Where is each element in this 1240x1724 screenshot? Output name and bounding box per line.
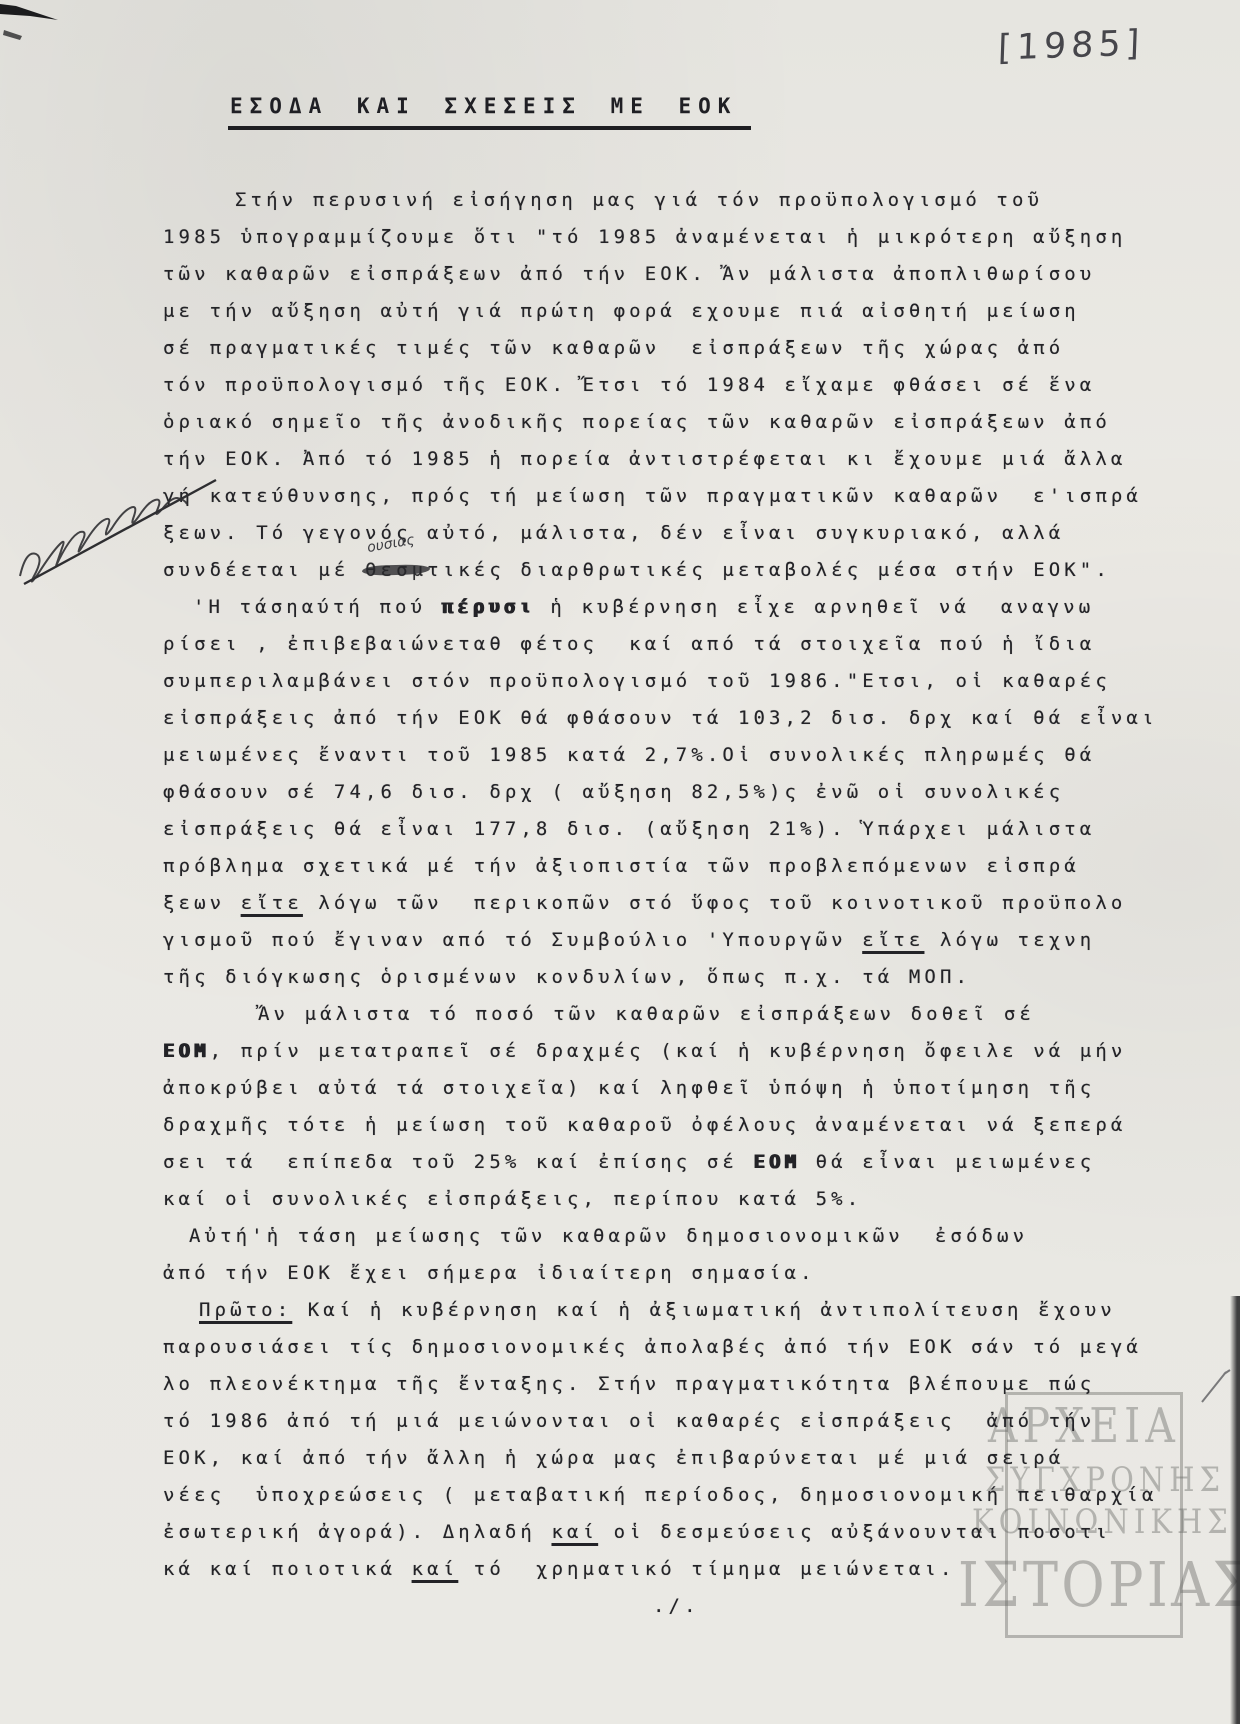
text-line: με τήν αὔξηση αὐτή γιά πρώτη φορά εχουμε… <box>163 293 1173 330</box>
text-line: φθάσουν σέ 74,6 δισ. δρχ ( αὔξηση 82,5%)… <box>163 774 1173 811</box>
text-segment-u: εἴτε <box>241 892 303 914</box>
text-segment: λο πλεονέκτημα τῆς ἔνταξης. Στήν πραγματ… <box>163 1373 1095 1395</box>
text-line: εἰσπράξεις θά εἶναι 177,8 δισ. (αὔξηση 2… <box>163 811 1173 848</box>
text-segment: Αὐτή'ἡ τάση μείωσης τῶν καθαρῶν δημοσιον… <box>189 1225 1028 1247</box>
text-line: ἀποκρύβει αὐτά τά στοιχεῖα) καί ληφθεῖ ὑ… <box>163 1070 1173 1107</box>
text-line: καί οἱ συνολικές εἰσπράξεις, περίπου κατ… <box>163 1181 1173 1218</box>
text-line: τήν ΕΟΚ. Ἀπό τό 1985 ἡ πορεία ἀντιστρέφε… <box>163 441 1173 478</box>
text-line: ξεων εἴτε λόγω τῶν περικοπῶν στό ὕφος το… <box>163 885 1173 922</box>
text-segment: ΕΟΚ, καί ἀπό τήν ἄλλη ἡ χώρα μας ἐπιβαρύ… <box>163 1447 1064 1469</box>
text-line: σει τά επίπεδα τοῦ 25% καί ἐπίσης σέ ΕΟΜ… <box>163 1144 1173 1181</box>
text-line: ὁριακό σημεῖο τῆς ἀνοδικῆς πορείας τῶν κ… <box>163 404 1173 441</box>
text-segment: ./. <box>653 1595 700 1617</box>
text-segment: ρίσει , ἐπιβεβαιώνεταθ φέτος καί από τά … <box>163 633 1095 655</box>
text-line: Πρῶτο: Καί ἡ κυβέρνηση καί ἡ ἀξιωματική … <box>163 1292 1173 1329</box>
text-line: ξεων. Τό γεγονός αὐτό, μάλιστα, δέν εἶνα… <box>163 515 1173 552</box>
text-segment: ἀπό τήν ΕΟΚ ἔχει σήμερα ἰδιαίτερη σημασί… <box>163 1262 816 1284</box>
text-line: ΕΟΚ, καί ἀπό τήν ἄλλη ἡ χώρα μας ἐπιβαρύ… <box>163 1440 1173 1477</box>
text-segment: λόγω τεχνη <box>924 929 1095 951</box>
text-segment: , πρίν μετατραπεῖ σέ δραχμές (καί ἡ κυβέ… <box>210 1040 1127 1062</box>
text-segment: γή κατεύθυνσης, πρός τή μείωση τῶν πραγμ… <box>163 485 1142 507</box>
text-line: Ἄν μάλιστα τό ποσό τῶν καθαρῶν εἰσπράξεω… <box>163 996 1173 1033</box>
text-line: λο πλεονέκτημα τῆς ἔνταξης. Στήν πραγματ… <box>163 1366 1173 1403</box>
text-segment: ἐσωτερική ἀγορά). Δηλαδή <box>163 1521 551 1543</box>
text-line: παρουσιάσει τίς δημοσιονομικές ἀπολαβές … <box>163 1329 1173 1366</box>
text-segment: τῆς διόγκωσης ὁρισμένων κονδυλίων, ὅπως … <box>163 966 971 988</box>
text-segment: σει τά επίπεδα τοῦ 25% καί ἐπίσης σέ <box>163 1151 753 1173</box>
text-segment: μειωμένες ἔναντι τοῦ 1985 κατά 2,7%.Οἱ σ… <box>163 744 1095 766</box>
scan-corner-artifact <box>0 0 90 70</box>
text-segment: Στήν περυσινή εἰσήγηση μας γιά τόν προϋπ… <box>235 189 1043 211</box>
text-line: μειωμένες ἔναντι τοῦ 1985 κατά 2,7%.Οἱ σ… <box>163 737 1173 774</box>
text-line: πρόβλημα σχετικά μέ τήν ἀξιοπιστία τῶν π… <box>163 848 1173 885</box>
text-line: ἐσωτερική ἀγορά). Δηλαδή καί οἱ δεσμεύσε… <box>163 1514 1173 1551</box>
text-segment: ξεων. Τό γεγονός αὐτό, μάλιστα, δέν εἶνα… <box>163 522 1064 544</box>
text-segment: 'Η τάσηαύτή πού <box>193 596 442 618</box>
text-segment: φθάσουν σέ 74,6 δισ. δρχ ( αὔξηση 82,5%)… <box>163 781 1064 803</box>
text-segment: ὁριακό σημεῖο τῆς ἀνοδικῆς πορείας τῶν κ… <box>163 411 1111 433</box>
text-segment: σέ πραγματικές τιμές τῶν καθαρῶν εἰσπράξ… <box>163 337 1064 359</box>
text-segment: με τήν αὔξηση αὐτή γιά πρώτη φορά εχουμε… <box>163 300 1080 322</box>
text-segment: τήν ΕΟΚ. Ἀπό τό 1985 ἡ πορεία ἀντιστρέφε… <box>163 448 1126 470</box>
text-segment: λόγω τῶν περικοπῶν στό ὕφος τοῦ κοινοτικ… <box>303 892 1127 914</box>
text-line: νέες ὑποχρεώσεις ( μεταβατική περίοδος, … <box>163 1477 1173 1514</box>
text-segment-u: καί <box>551 1521 598 1543</box>
text-segment: νέες ὑποχρεώσεις ( μεταβατική περίοδος, … <box>163 1484 1158 1506</box>
typed-text: Στήν περυσινή εἰσήγηση μας γιά τόν προϋπ… <box>163 182 1173 1625</box>
text-line: τῆς διόγκωσης ὁρισμένων κονδυλίων, ὅπως … <box>163 959 1173 996</box>
text-segment-ot: ΕΟΜ <box>163 1040 210 1062</box>
text-line: γή κατεύθυνσης, πρός τή μείωση τῶν πραγμ… <box>163 478 1173 515</box>
scanned-document-page: [1985] ΕΣΟΔΑ ΚΑΙ ΣΧΕΣΕΙΣ ΜΕ ΕΟΚ ΑΡΧΕΙΑ Σ… <box>0 0 1240 1724</box>
text-line: κά καί ποιοτικά καί τό χρηματικό τίμημα … <box>163 1551 1173 1588</box>
text-segment: τό χρηματικό τίμημα μειώνεται. <box>458 1558 955 1580</box>
text-segment: τῶν καθαρῶν εἰσπράξεων ἀπό τήν ΕΟΚ. Ἄν μ… <box>163 263 1095 285</box>
text-segment: γισμοῦ πού ἔγιναν από τό Συμβούλιο 'Υπου… <box>163 929 862 951</box>
text-line: δραχμῆς τότε ἡ μείωση τοῦ καθαροῦ ὀφέλου… <box>163 1107 1173 1144</box>
text-line: εἰσπράξεις ἀπό τήν ΕΟΚ θά φθάσουν τά 103… <box>163 700 1173 737</box>
page-title: ΕΣΟΔΑ ΚΑΙ ΣΧΕΣΕΙΣ ΜΕ ΕΟΚ <box>228 94 751 130</box>
text-segment: ξεων <box>163 892 241 914</box>
text-segment: εἰσπράξεις θά εἶναι 177,8 δισ. (αὔξηση 2… <box>163 818 1095 840</box>
text-line: τό 1986 ἀπό τή μιά μειώνονται οἱ καθαρές… <box>163 1403 1173 1440</box>
margin-scribble <box>16 398 236 598</box>
scan-edge-shadow <box>1230 1296 1240 1724</box>
text-segment: δραχμῆς τότε ἡ μείωση τοῦ καθαροῦ ὀφέλου… <box>163 1114 1126 1136</box>
text-segment-u: Πρῶτο: <box>199 1299 292 1321</box>
text-segment: πρόβλημα σχετικά μέ τήν ἀξιοπιστία τῶν π… <box>163 855 1080 877</box>
text-segment-ot: πέρυσι <box>442 596 535 618</box>
text-segment: τόν προϋπολογισμό τῆς ΕΟΚ. Ἔτσι τό 1984 … <box>163 374 1095 396</box>
text-segment: τικές διαρθρωτικές μεταβολές μέσα στήν Ε… <box>427 559 1111 581</box>
text-line: ΕΟΜ, πρίν μετατραπεῖ σέ δραχμές (καί ἡ κ… <box>163 1033 1173 1070</box>
text-segment: τό 1986 ἀπό τή μιά μειώνονται οἱ καθαρές… <box>163 1410 1095 1432</box>
text-segment-u: καί <box>412 1558 459 1580</box>
text-line: ρίσει , ἐπιβεβαιώνεταθ φέτος καί από τά … <box>163 626 1173 663</box>
text-segment: κά καί ποιοτικά <box>163 1558 412 1580</box>
text-line: τόν προϋπολογισμό τῆς ΕΟΚ. Ἔτσι τό 1984 … <box>163 367 1173 404</box>
text-line: Στήν περυσινή εἰσήγηση μας γιά τόν προϋπ… <box>163 182 1173 219</box>
text-segment-ot: ΕΟΜ <box>753 1151 800 1173</box>
text-line: 1985 ὑπογραμμίζουμε ὅτι "τό 1985 ἀναμένε… <box>163 219 1173 256</box>
text-line: συνδέεται μέ θεσμουσιαςτικές διαρθρωτικέ… <box>163 552 1173 589</box>
text-segment: 1985 ὑπογραμμίζουμε ὅτι "τό 1985 ἀναμένε… <box>163 226 1126 248</box>
text-segment: καί οἱ συνολικές εἰσπράξεις, περίπου κατ… <box>163 1188 862 1210</box>
text-line: Αὐτή'ἡ τάση μείωσης τῶν καθαρῶν δημοσιον… <box>163 1218 1173 1255</box>
text-segment: Ἄν μάλιστα τό ποσό τῶν καθαρῶν εἰσπράξεω… <box>258 1003 1035 1025</box>
text-line: ./. <box>163 1588 1173 1625</box>
text-segment: παρουσιάσει τίς δημοσιονομικές ἀπολαβές … <box>163 1336 1142 1358</box>
text-line: γισμοῦ πού ἔγιναν από τό Συμβούλιο 'Υπου… <box>163 922 1173 959</box>
text-line: συμπεριλαμβάνει στόν προϋπολογισμό τοῦ 1… <box>163 663 1173 700</box>
text-segment: εἰσπράξεις ἀπό τήν ΕΟΚ θά φθάσουν τά 103… <box>163 707 1158 729</box>
text-segment-blot: θεσμουσιας <box>365 552 427 589</box>
text-segment-u: εἴτε <box>862 929 924 951</box>
text-line: τῶν καθαρῶν εἰσπράξεων ἀπό τήν ΕΟΚ. Ἄν μ… <box>163 256 1173 293</box>
handwritten-year-mark: [1985] <box>997 23 1145 68</box>
text-segment: ἡ κυβέρνηση εἶχε αρνηθεῖ νά αναγνω <box>535 596 1094 618</box>
text-segment: οἱ δεσμεύσεις αὐξάνουνται ποσοτι <box>598 1521 1111 1543</box>
text-line: 'Η τάσηαύτή πού πέρυσι ἡ κυβέρνηση εἶχε … <box>163 589 1173 626</box>
text-segment: συμπεριλαμβάνει στόν προϋπολογισμό τοῦ 1… <box>163 670 1111 692</box>
text-segment: θά εἶναι μειωμένες <box>800 1151 1095 1173</box>
text-segment: Καί ἡ κυβέρνηση καί ἡ ἀξιωματική ἀντιπολ… <box>292 1299 1116 1321</box>
text-segment: ἀποκρύβει αὐτά τά στοιχεῖα) καί ληφθεῖ ὑ… <box>163 1077 1095 1099</box>
text-line: ἀπό τήν ΕΟΚ ἔχει σήμερα ἰδιαίτερη σημασί… <box>163 1255 1173 1292</box>
text-line: σέ πραγματικές τιμές τῶν καθαρῶν εἰσπράξ… <box>163 330 1173 367</box>
